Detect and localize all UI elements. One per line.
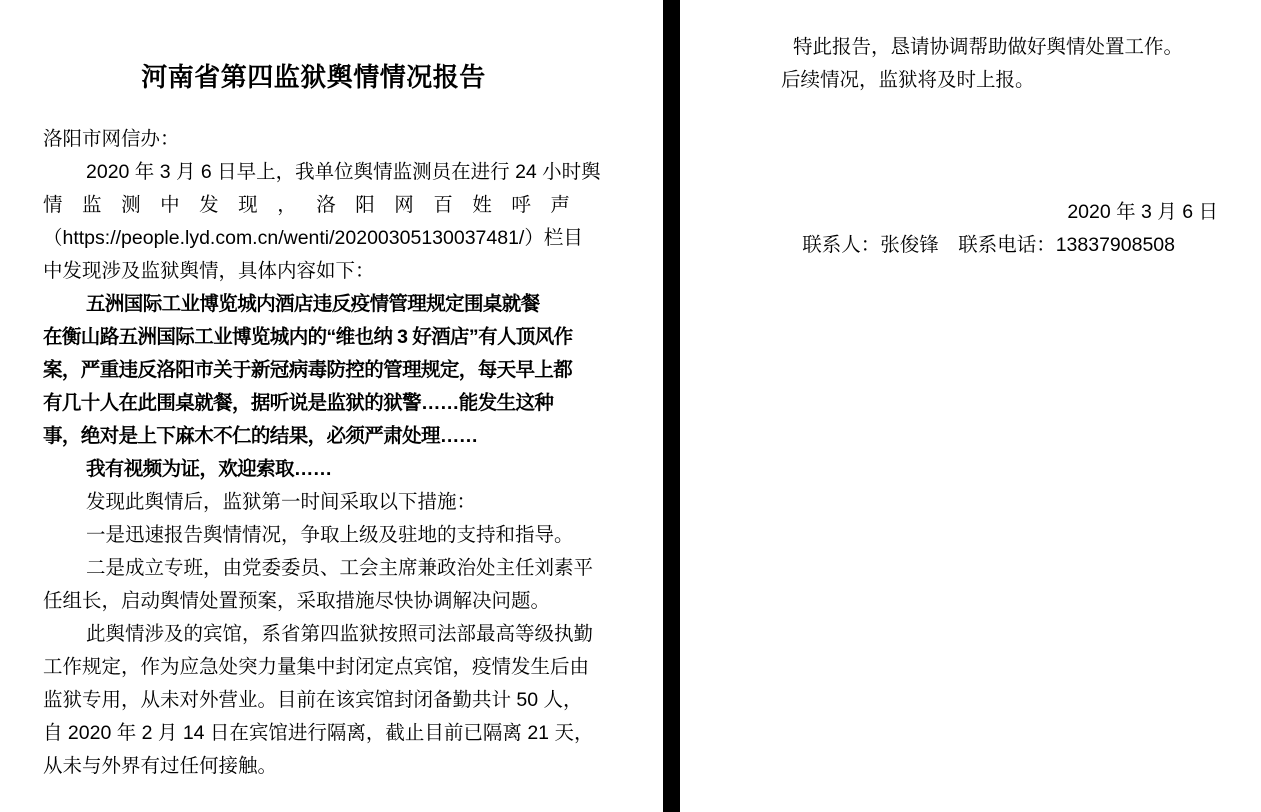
page-2 [680, 0, 1261, 812]
signature-block: 2020 年 3 月 6 日 联系人：张俊锋 联系电话：13837908508 [781, 196, 1218, 262]
body-line: 一是迅速报告舆情情况，争取上级及驻地的支持和指导。 [43, 519, 588, 552]
spread-char: 百 [433, 189, 453, 222]
page1-lines: 洛阳市网信办：2020 年 3 月 6 日早上，我单位舆情监测员在进行 24 小… [43, 123, 588, 783]
body-line: 二是成立专班，由党委委员、工会主席兼政治处主任刘素平 [43, 552, 588, 585]
spread-char: 网 [394, 189, 414, 222]
contact-info: 联系人：张俊锋 联系电话：13837908508 [781, 229, 1175, 262]
spread-char: 发 [199, 189, 219, 222]
page2-closing-lines: 特此报告，恳请协调帮助做好舆情处置工作。后续情况，监狱将及时上报。 [781, 31, 1241, 97]
closing-line: 后续情况，监狱将及时上报。 [781, 64, 1241, 97]
body-line: （https://people.lyd.com.cn/wenti/2020030… [43, 222, 588, 255]
body-line: 此舆情涉及的宾馆，系省第四监狱按照司法部最高等级执勤 [43, 618, 588, 651]
spread-char: 洛 [316, 189, 336, 222]
spread-char: 声 [550, 189, 570, 222]
body-line: 事，绝对是上下麻木不仁的结果，必须严肃处理…… [43, 420, 588, 453]
body-line: 五洲国际工业博览城内酒店违反疫情管理规定围桌就餐 [43, 288, 588, 321]
page-separator-bar [663, 0, 680, 812]
body-line: 中发现涉及监狱舆情，具体内容如下： [43, 255, 588, 288]
spread-char: ， [277, 189, 297, 222]
spread-char: 阳 [355, 189, 375, 222]
body-line: 自 2020 年 2 月 14 日在宾馆进行隔离，截止目前已隔离 21 天， [43, 717, 588, 750]
spread-char: 现 [238, 189, 258, 222]
spread-char: 姓 [472, 189, 492, 222]
body-line: 监狱专用，从未对外营业。目前在该宾馆封闭备勤共计 50 人， [43, 684, 588, 717]
body-line: 在衡山路五洲国际工业博览城内的“维也纳 3 好酒店”有人顶风作 [43, 321, 588, 354]
body-line: 案，严重违反洛阳市关于新冠病毒防控的管理规定，每天早上都 [43, 354, 588, 387]
spread-char: 测 [121, 189, 141, 222]
page-1: 河南省第四监狱舆情情况报告 洛阳市网信办：2020 年 3 月 6 日早上，我单… [0, 0, 663, 812]
spread-char: 呼 [511, 189, 531, 222]
spread-char: 情 [43, 189, 63, 222]
body-line: 我有视频为证，欢迎索取…… [43, 453, 588, 486]
spread-char: 监 [82, 189, 102, 222]
body-line: 情监测中发现，洛阳网百姓呼声 [43, 189, 570, 222]
body-line: 洛阳市网信办： [43, 123, 588, 156]
closing-line: 特此报告，恳请协调帮助做好舆情处置工作。 [781, 31, 1241, 64]
body-line: 2020 年 3 月 6 日早上，我单位舆情监测员在进行 24 小时舆 [43, 156, 588, 189]
body-line: 任组长，启动舆情处置预案，采取措施尽快协调解决问题。 [43, 585, 588, 618]
body-line: 从未与外界有过任何接触。 [43, 750, 588, 783]
spread-char: 中 [160, 189, 180, 222]
report-date: 2020 年 3 月 6 日 [781, 196, 1218, 229]
document-title: 河南省第四监狱舆情情况报告 [0, 58, 627, 96]
document-canvas: { "page1": { "title": "河南省第四监狱舆情情况报告", "… [0, 0, 1261, 812]
body-line: 工作规定，作为应急处突力量集中封闭定点宾馆，疫情发生后由 [43, 651, 588, 684]
body-line: 有几十人在此围桌就餐，据听说是监狱的狱警……能发生这种 [43, 387, 588, 420]
body-line: 发现此舆情后，监狱第一时间采取以下措施： [43, 486, 588, 519]
